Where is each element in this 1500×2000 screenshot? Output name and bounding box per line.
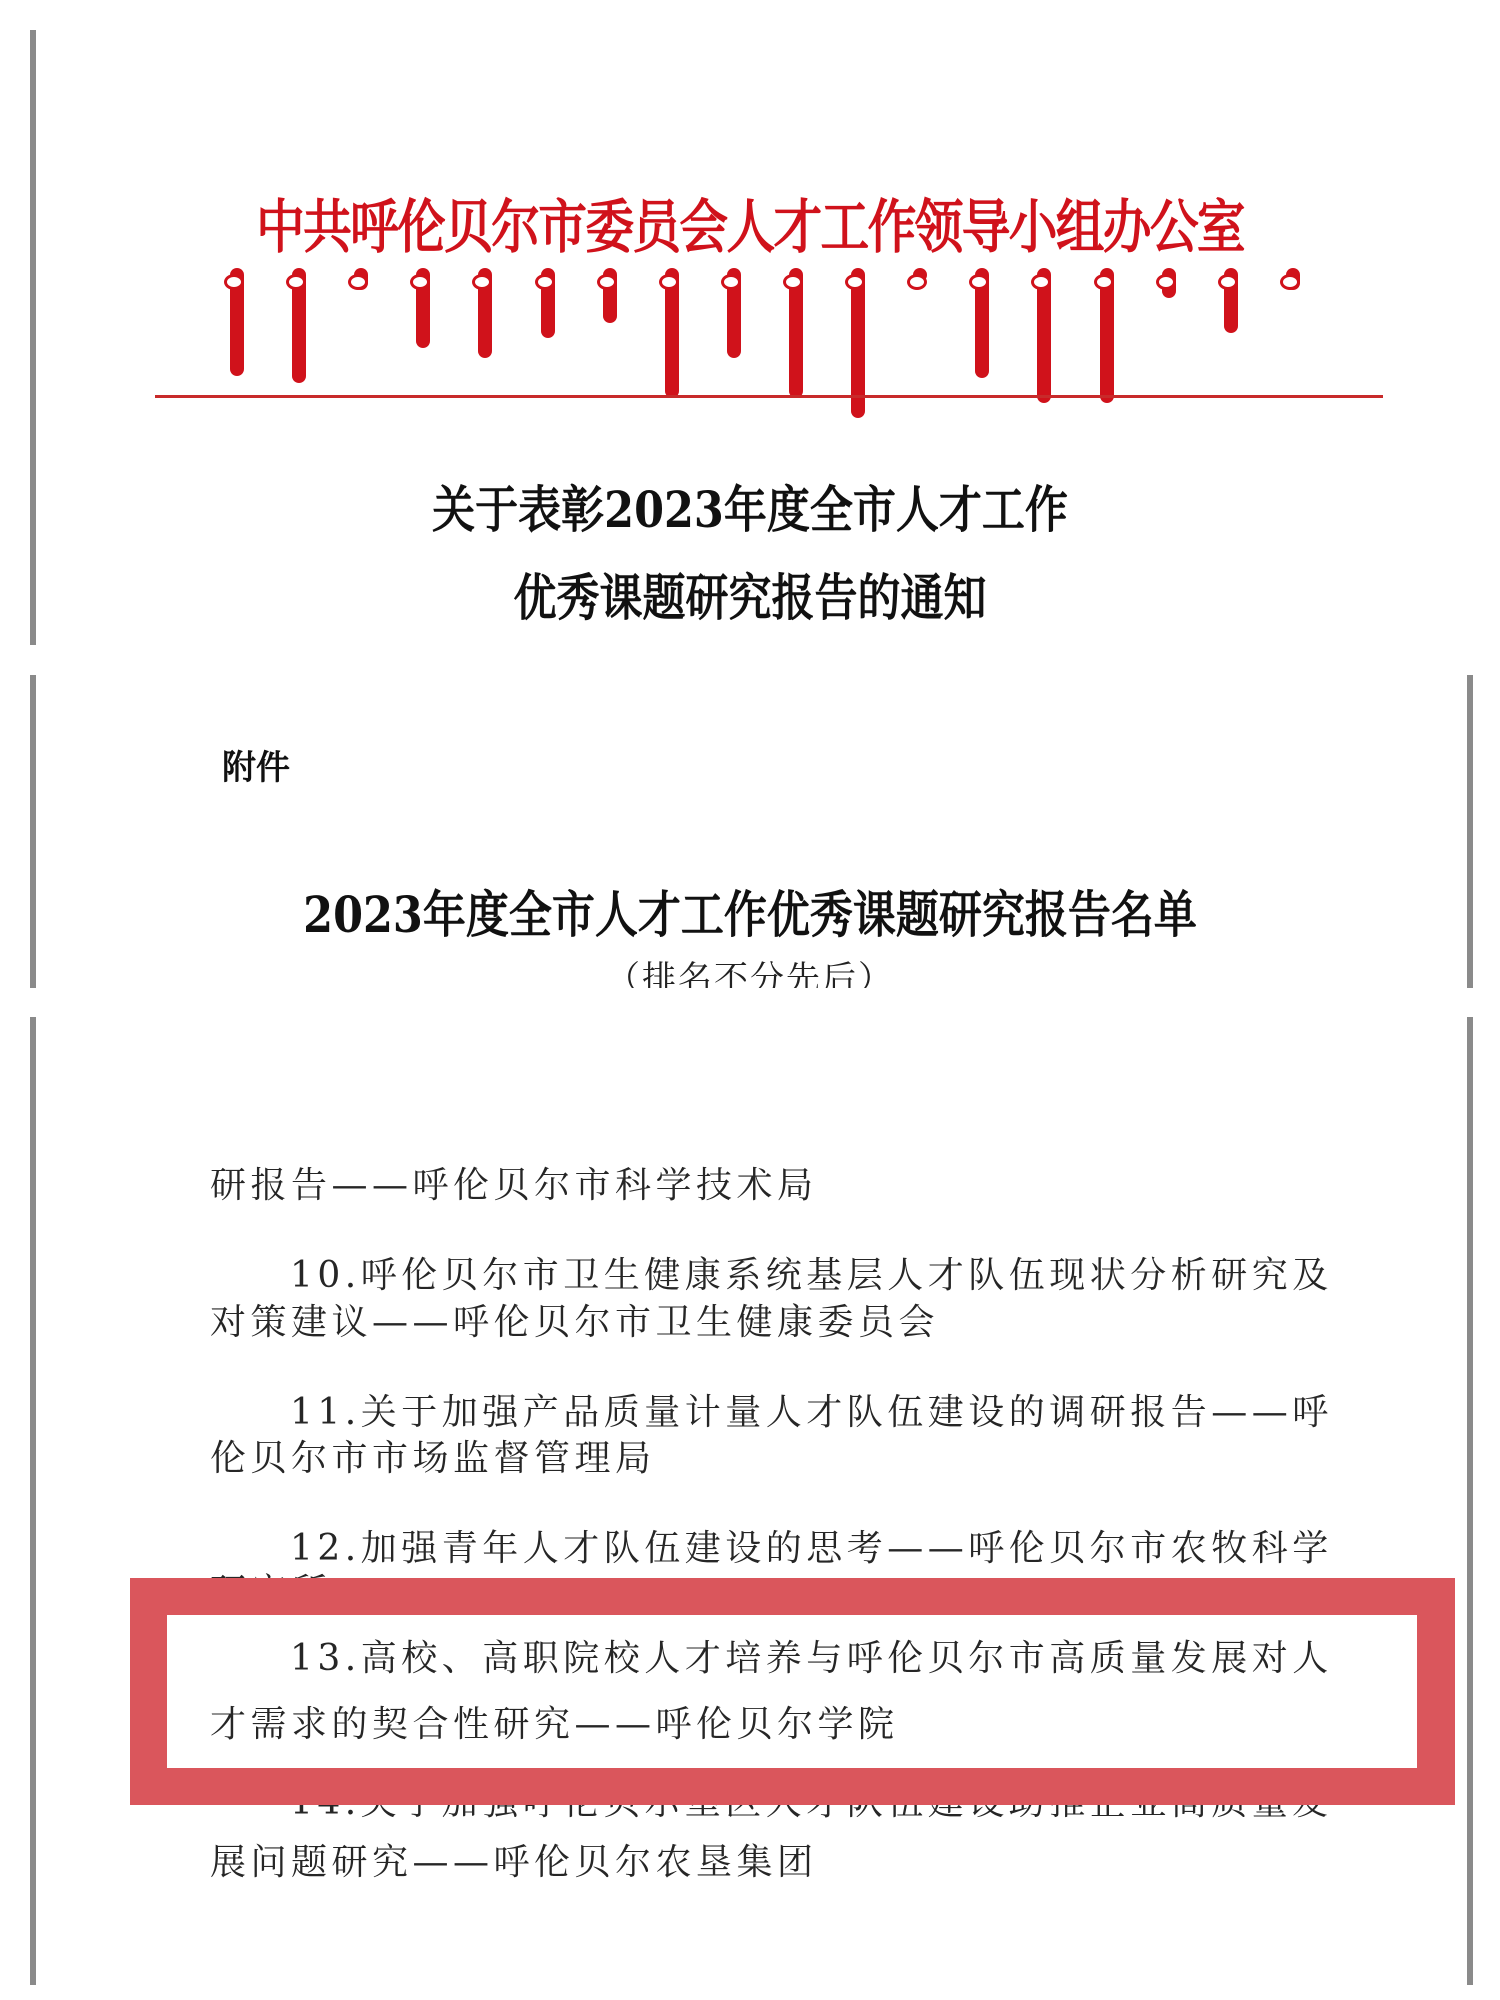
mongolian-script-glyph <box>1037 268 1051 403</box>
mongolian-script-glyph <box>1224 268 1238 333</box>
list-item-14-line-1: 14.关于加强呼伦贝尔垦区人才队伍建设助推企业高质量发 <box>290 1805 1333 1827</box>
mongolian-script-glyph <box>1100 268 1114 403</box>
mongolian-script-glyph <box>603 268 617 323</box>
panel-left-border <box>30 30 36 645</box>
mongolian-script-glyph <box>292 268 306 383</box>
mongolian-script-glyph <box>665 268 679 398</box>
mongolian-script-glyph <box>478 268 492 358</box>
list-item-10-line-1: 10.呼伦贝尔市卫生健康系统基层人才队伍现状分析研究及 <box>290 1252 1333 1300</box>
mongolian-script-glyph <box>789 268 803 398</box>
list-subtitle: （排名不分先后） <box>0 957 1500 988</box>
mongolian-script-glyph <box>354 268 368 290</box>
org-name: 中共呼伦贝尔市委员会人才工作领导小组办公室 <box>120 180 1380 264</box>
attachment-header-panel: 附件 2023年度全市人才工作优秀课题研究报告名单 （排名不分先后） <box>0 675 1500 988</box>
panel-right-border <box>1467 1017 1473 1985</box>
mongolian-script-glyph <box>913 268 927 282</box>
list-item-12-line-1: 12.加强青年人才队伍建设的思考——呼伦贝尔市农牧科学 <box>290 1525 1333 1573</box>
list-subtitle-clip: （排名不分先后） <box>0 957 1500 988</box>
notice-title-line-1: 关于表彰2023年度全市人才工作 <box>105 470 1395 542</box>
mongolian-script-glyph <box>975 268 989 378</box>
highlight-box: 13.高校、高职院校人才培养与呼伦贝尔市高质量发展对人 才需求的契合性研究——呼… <box>130 1578 1455 1805</box>
list-item-13-line-2: 才需求的契合性研究——呼伦贝尔学院 <box>210 1701 899 1749</box>
list-title: 2023年度全市人才工作优秀课题研究报告名单 <box>105 875 1395 947</box>
letterhead-panel: 中共呼伦贝尔市委员会人才工作领导小组办公室 关于表彰2023年度全市人才工作 优… <box>0 30 1500 645</box>
mongolian-script-glyph <box>727 268 741 358</box>
mongolian-script-glyph <box>541 268 555 338</box>
award-list-panel: 研报告——呼伦贝尔市科学技术局 10.呼伦贝尔市卫生健康系统基层人才队伍现状分析… <box>0 1017 1500 1985</box>
letterhead-red-rule <box>155 395 1383 398</box>
mongolian-script-glyph <box>1162 268 1176 298</box>
mongolian-script-glyph <box>230 268 244 376</box>
notice-title-line-2: 优秀课题研究报告的通知 <box>105 558 1395 630</box>
panel-left-border <box>30 675 36 988</box>
list-item-11-line-1: 11.关于加强产品质量计量人才队伍建设的调研报告——呼 <box>290 1389 1333 1437</box>
list-item-9-line-2: 研报告——呼伦贝尔市科学技术局 <box>210 1162 818 1210</box>
mongolian-script-glyph <box>416 268 430 348</box>
list-item-14-line-2: 展问题研究——呼伦贝尔农垦集团 <box>210 1839 818 1887</box>
mongolian-script-glyph <box>1286 268 1300 290</box>
list-item-10-line-2: 对策建议——呼伦贝尔市卫生健康委员会 <box>210 1299 939 1347</box>
attachment-label: 附件 <box>222 740 290 789</box>
panel-left-border <box>30 1017 36 1985</box>
list-item-13-line-1: 13.高校、高职院校人才培养与呼伦贝尔市高质量发展对人 <box>290 1635 1333 1683</box>
list-item-14-line-1-clip: 14.关于加强呼伦贝尔垦区人才队伍建设助推企业高质量发 <box>290 1805 1410 1827</box>
list-item-11-line-2: 伦贝尔市市场监督管理局 <box>210 1435 656 1483</box>
panel-right-border <box>1467 675 1473 988</box>
org-name-mongolian <box>230 268 1300 388</box>
highlighted-list-item-13: 13.高校、高职院校人才培养与呼伦贝尔市高质量发展对人 才需求的契合性研究——呼… <box>167 1615 1417 1768</box>
